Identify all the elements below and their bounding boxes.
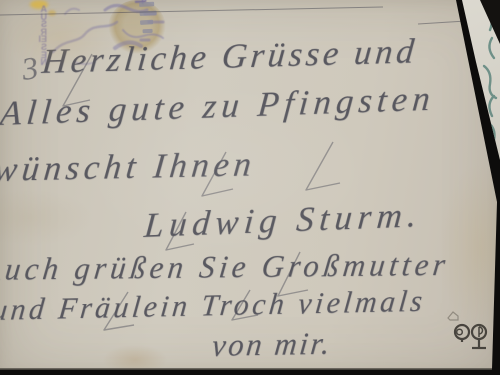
- handwriting-line-1: Herzliche Grüsse und: [40, 32, 419, 83]
- postcard: AUSREISEN für: [0, 0, 500, 375]
- handwriting-line-7: von mir.: [210, 326, 334, 364]
- tape-stain-small: [48, 10, 56, 16]
- photo-of-postcard: AUSREISEN für: [0, 0, 500, 375]
- handwriting-line-6: und Fräulein Troch vielmals: [0, 285, 427, 328]
- tape-stain: [30, 0, 48, 9]
- pencil-number: 3: [20, 49, 41, 88]
- handwriting-line-5: Auch grüßen Sie Großmutter: [0, 247, 451, 288]
- stamp-rotated-text: für: [129, 0, 148, 5]
- card-bottom-edge: [0, 368, 492, 370]
- handwriting-line-2: Alles gute zu Pfingsten: [0, 79, 437, 134]
- handwriting-line-4: Ludwig Sturm.: [143, 195, 424, 246]
- handwriting-line-3: wünscht Ihnen: [0, 145, 258, 191]
- watermark-icon: [446, 306, 494, 354]
